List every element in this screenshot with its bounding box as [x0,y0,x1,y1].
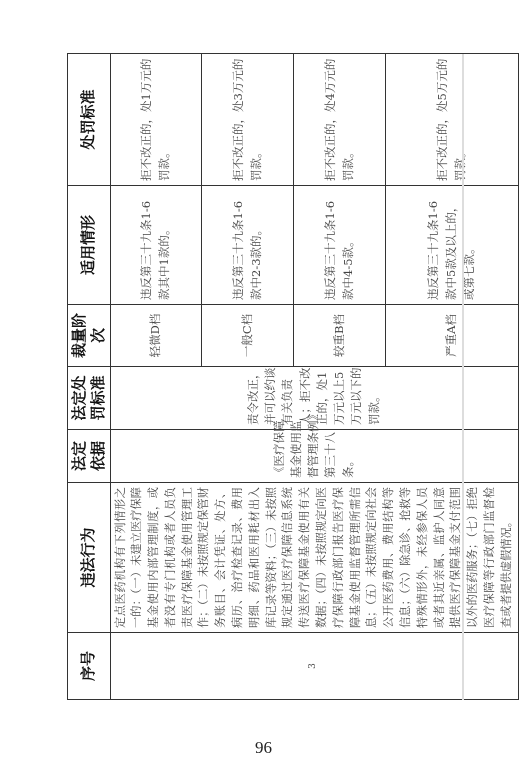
basis-cell: 《医疗保障基金使用监督管理条例》第三十八条。 [110,430,518,483]
situation-cell: 违反第三十九条1-6款中5款及以上的，或第七款。 [386,186,518,305]
header-behavior: 违法行为 [68,483,111,633]
header-level: 裁量阶次 [68,305,111,367]
page-number: 96 [255,738,272,758]
header-seq: 序号 [68,633,111,700]
level-cell: 轻微D档 [110,305,202,367]
level-cell: 较重B档 [294,305,386,367]
level-cell: 严重A档 [386,305,518,367]
seq-cell: 3 [110,633,518,700]
situation-cell: 违反第三十九条1-6款中4-5款。 [294,186,386,305]
rotated-table-container: 序号 违法行为 法定依据 法定处罚标准 裁量阶次 适用情形 处罚标准 3 定点医… [67,54,463,700]
penalty-cell: 拒不改正的，处1万元的罚款。 [110,54,202,186]
header-situation: 适用情形 [68,186,111,305]
penalty-table: 序号 违法行为 法定依据 法定处罚标准 裁量阶次 适用情形 处罚标准 3 定点医… [67,53,519,700]
header-penalty: 处罚标准 [68,54,111,186]
header-basis: 法定依据 [68,430,111,483]
penalty-cell: 拒不改正的，处5万元的罚款。 [386,54,518,186]
header-row: 序号 违法行为 法定依据 法定处罚标准 裁量阶次 适用情形 处罚标准 [68,54,111,700]
situation-cell: 违反第三十九条1-6款其中1款的。 [110,186,202,305]
page-edge-shadow [462,54,464,700]
level-cell: 一般C档 [202,305,294,367]
legal-standard-cell: 责令改正，并可以约谈有关负责人；拒不改正的，处1万元以上5万元以下的罚款。 [110,367,518,430]
penalty-cell: 拒不改正的，处3万元的罚款。 [202,54,294,186]
penalty-cell: 拒不改正的，处4万元的罚款。 [294,54,386,186]
situation-cell: 违反第三十九条1-6款中2-3款的。 [202,186,294,305]
table-row: 3 定点医药机构有下列情形之一的：（一）未建立医疗保障基金使用内部管理制度，或者… [110,54,202,700]
behavior-cell: 定点医药机构有下列情形之一的：（一）未建立医疗保障基金使用内部管理制度，或者没有… [110,483,518,633]
header-legal-standard: 法定处罚标准 [68,367,111,430]
legal-standard-text: 责令改正，并可以约谈有关负责人；拒不改正的，处1万元以上5万元以下的罚款。 [245,365,383,425]
